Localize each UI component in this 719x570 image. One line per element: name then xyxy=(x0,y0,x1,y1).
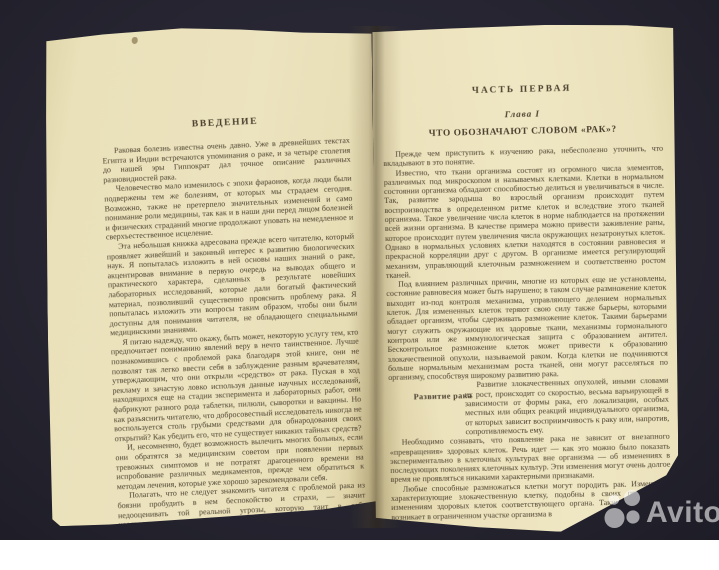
page-stain xyxy=(132,37,138,44)
paragraph: Эта небольшая книжка адресована прежде в… xyxy=(106,232,358,339)
paragraph-text: Развитие злокачественных опухолей, иными… xyxy=(465,376,670,436)
paragraph: Под влиянием различных причин, многие из… xyxy=(386,274,668,383)
paragraph: Полагать, что не следует знакомить читат… xyxy=(117,481,367,540)
margin-note-spacer: Развитие рака xyxy=(388,381,465,431)
avito-logo-icon xyxy=(603,489,643,536)
watermark: Avito xyxy=(603,489,719,536)
book-page-left: ВВЕДЕНИЕ Раковая болезнь известна очень … xyxy=(44,25,379,527)
paragraph: Человечество мало изменилось с эпохи фар… xyxy=(104,174,354,242)
chapter-title: ЧТО ОБОЗНАЧАЮТ СЛОВОМ «РАК»? xyxy=(383,124,663,140)
paragraph: Я питаю надежду, что окажу, быть может, … xyxy=(110,327,362,443)
watermark-label: Avito xyxy=(646,498,719,528)
paragraph: Необходимо сознавать, что появление рака… xyxy=(390,432,671,485)
paragraph: Известно, что ткани организма состоят из… xyxy=(383,162,665,280)
photo-background: ВВЕДЕНИЕ Раковая болезнь известна очень … xyxy=(0,0,719,540)
chapter-heading: Глава I xyxy=(382,106,662,122)
margin-note: Развитие рака xyxy=(402,391,473,402)
introduction-heading: ВВЕДЕНИЕ xyxy=(101,112,349,134)
left-page-text: ВВЕДЕНИЕ Раковая болезнь известна очень … xyxy=(101,112,368,540)
part-heading: ЧАСТЬ ПЕРВАЯ xyxy=(382,82,662,98)
paragraph: Развитие ракаРазвитие злокачественных оп… xyxy=(388,376,669,438)
book-page-right: ЧАСТЬ ПЕРВАЯ Глава I ЧТО ОБОЗНАЧАЮТ СЛОВ… xyxy=(372,24,679,533)
right-page-text: ЧАСТЬ ПЕРВАЯ Глава I ЧТО ОБОЗНАЧАЮТ СЛОВ… xyxy=(382,82,672,540)
